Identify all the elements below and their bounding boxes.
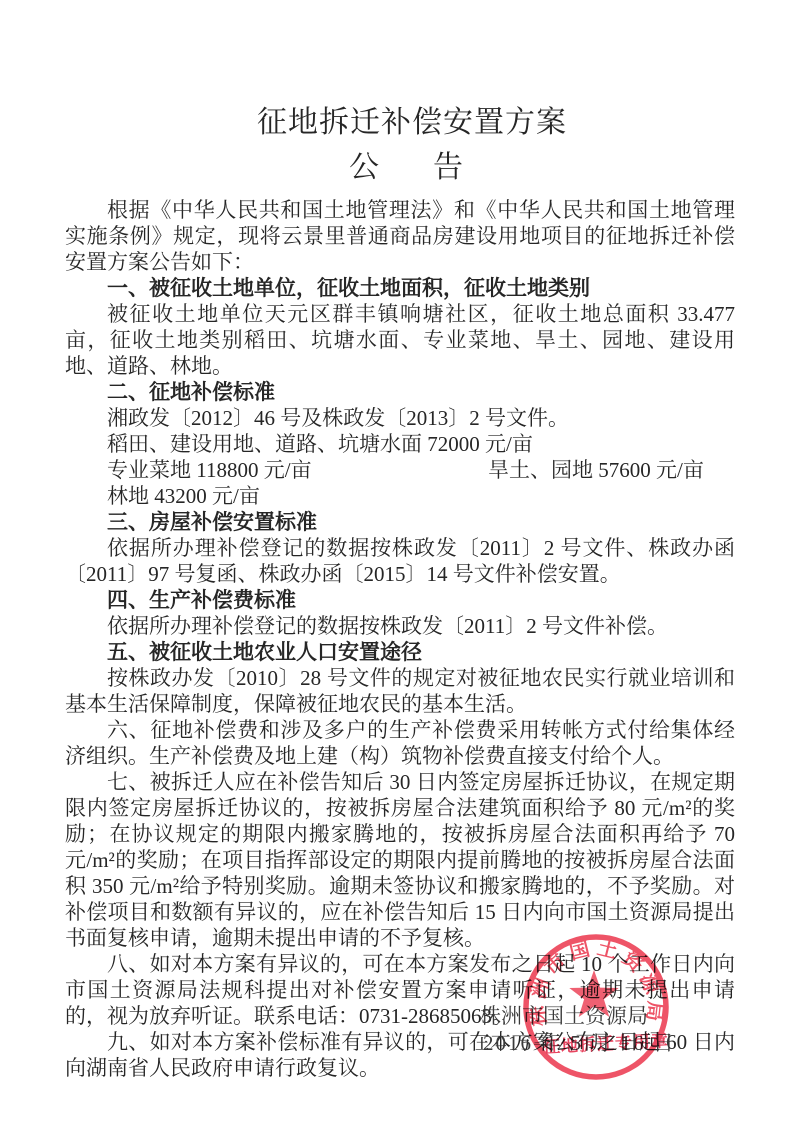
line-rate-two-col: 专业菜地 118800 元/亩 旱土、园地 57600 元/亩 <box>65 457 735 483</box>
section-heading-3: 三、房屋补偿安置标准 <box>65 509 735 535</box>
document-page: 征地拆迁补偿安置方案 公 告 根据《中华人民共和国土地管理法》和《中华人民共和国… <box>0 0 800 1132</box>
line-rate-paddy: 稻田、建设用地、道路、坑塘水面 72000 元/亩 <box>65 431 735 457</box>
section-heading-1: 一、被征收土地单位，征收土地面积，征收土地类别 <box>65 275 735 301</box>
paragraph-intro: 根据《中华人民共和国土地管理法》和《中华人民共和国土地管理实施条例》规定，现将云… <box>65 197 735 275</box>
line-production-compensation: 依据所办理补偿登记的数据按株政发〔2011〕2 号文件补偿。 <box>65 613 735 639</box>
section-heading-4: 四、生产补偿费标准 <box>65 587 735 613</box>
official-seal: 株洲市国土资源局 征地拆迁专用章 <box>510 921 682 1093</box>
rate-vegetable-land: 专业菜地 118800 元/亩 <box>107 458 312 482</box>
paragraph-resettlement: 按株政办发〔2010〕28 号文件的规定对被征地农民实行就业培训和基本生活保障制… <box>65 665 735 717</box>
paragraph-house-compensation: 依据所办理补偿登记的数据按株政发〔2011〕2 号文件、株政办函〔2011〕97… <box>65 535 735 587</box>
line-policy-docs: 湘政发〔2012〕46 号及株政发〔2013〕2 号文件。 <box>65 405 735 431</box>
line-rate-forest: 林地 43200 元/亩 <box>65 483 735 509</box>
paragraph-6-payment-method: 六、征地补偿费和涉及多户的生产补偿费采用转帐方式付给集体经济组织。生产补偿费及地… <box>65 717 735 769</box>
rate-dry-garden-land: 旱土、园地 57600 元/亩 <box>446 457 704 483</box>
section-heading-5: 五、被征收土地农业人口安置途径 <box>65 639 735 665</box>
paragraph-land-info: 被征收土地单位天元区群丰镇响塘社区，征收土地总面积 33.477 亩，征收土地类… <box>65 301 735 379</box>
document-title: 征地拆迁补偿安置方案 <box>77 97 747 141</box>
section-heading-2: 二、征地补偿标准 <box>65 379 735 405</box>
document-subtitle: 公 告 <box>77 142 747 186</box>
seal-star-icon <box>569 970 618 1017</box>
